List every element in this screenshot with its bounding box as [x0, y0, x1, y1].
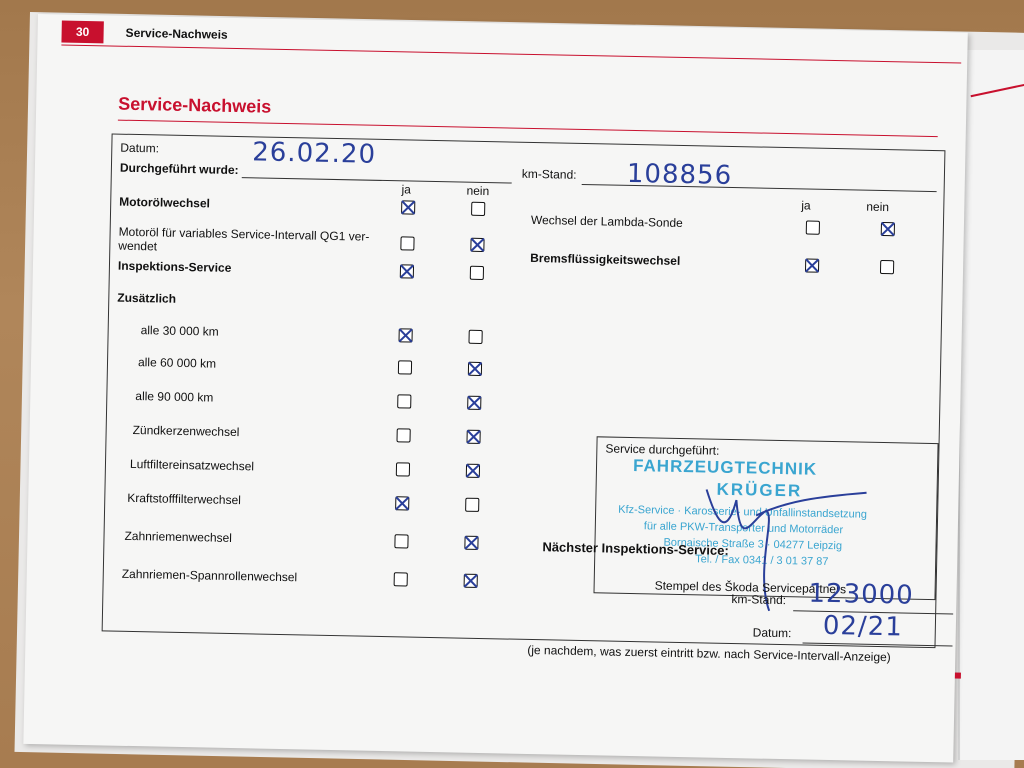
service-label: Service durchgeführt: [605, 441, 719, 457]
checklist-label: alle 30 000 km [141, 323, 219, 339]
datum-label: Datum: [120, 141, 159, 156]
checkbox-ja[interactable] [394, 572, 408, 586]
checklist-label-cont: wendet [118, 239, 157, 254]
checkbox-nein[interactable] [471, 202, 485, 216]
km-label: km-Stand: [522, 167, 577, 182]
checklist-label: Inspektions-Service [118, 259, 232, 275]
checklist-label: Kraftstofffilterwechsel [127, 491, 241, 507]
checklist-label: Bremsflüssigkeitswechsel [530, 251, 680, 268]
checkbox-nein[interactable] [881, 222, 895, 236]
checkbox-nein[interactable] [466, 430, 480, 444]
checkbox-ja[interactable] [397, 394, 411, 408]
checklist-label: alle 60 000 km [138, 355, 216, 371]
checkbox-ja[interactable] [805, 258, 819, 272]
checkbox-ja[interactable] [394, 534, 408, 548]
right-checklist: Wechsel der Lambda-SondeBremsflüssigkeit… [113, 135, 945, 152]
checklist-label: Luftfiltereinsatzwechsel [130, 457, 254, 473]
title-rule [118, 120, 938, 137]
checkbox-nein[interactable] [470, 238, 484, 252]
checklist-label: Wechsel der Lambda-Sonde [531, 213, 683, 230]
datum-value: 26.02.20 [252, 137, 376, 169]
checkbox-nein[interactable] [470, 266, 484, 280]
checkbox-ja[interactable] [395, 496, 409, 510]
checkbox-nein[interactable] [468, 330, 482, 344]
section-header: Service-Nachweis [126, 26, 228, 42]
checkbox-nein[interactable] [467, 396, 481, 410]
stamp-box: Service durchgeführt: FAHRZEUGTECHNIK KR… [593, 436, 938, 600]
checkbox-ja[interactable] [806, 220, 820, 234]
checkbox-nein[interactable] [464, 536, 478, 550]
page-title: Service-Nachweis [118, 94, 271, 118]
checkbox-nein[interactable] [468, 362, 482, 376]
col-nein-right: nein [866, 200, 889, 214]
checkbox-ja[interactable] [396, 428, 410, 442]
checklist-label: alle 90 000 km [135, 389, 213, 405]
checkbox-ja[interactable] [396, 462, 410, 476]
checkbox-ja[interactable] [400, 264, 414, 278]
service-record-page: 30 Service-Nachweis Service-Nachweis Dat… [23, 14, 967, 763]
end-marker [955, 673, 961, 679]
checkbox-nein[interactable] [466, 464, 480, 478]
checklist-label: Zahnriemenwechsel [124, 529, 232, 545]
col-ja-right: ja [801, 198, 811, 212]
col-nein-left: nein [466, 184, 489, 198]
checklist-label: Motorölwechsel [119, 195, 210, 211]
service-form: Datum: 26.02.20 Durchgeführt wurde: km-S… [102, 134, 946, 649]
checkbox-ja[interactable] [401, 200, 415, 214]
page-number: 30 [61, 20, 103, 43]
next-km-label: km-Stand: [731, 592, 786, 607]
next-datum-label: Datum: [753, 625, 792, 640]
checklist-label: Zahnriemen-Spannrollenwechsel [122, 567, 298, 585]
durchgefuehrt-label: Durchgeführt wurde: [120, 161, 239, 177]
checkbox-nein[interactable] [880, 260, 894, 274]
checkbox-ja[interactable] [398, 360, 412, 374]
left-checklist: MotorölwechselMotoröl für variables Serv… [113, 135, 945, 152]
footnote: (je nachdem, was zuerst eintritt bzw. na… [527, 643, 891, 664]
header-rule [61, 44, 961, 63]
next-km-value: 123000 [808, 579, 914, 611]
checkbox-nein[interactable] [464, 574, 478, 588]
checklist-label: Zündkerzenwechsel [133, 423, 240, 439]
next-datum-value: 02/21 [823, 611, 904, 643]
facing-page [958, 50, 1024, 760]
checkbox-ja[interactable] [400, 236, 414, 250]
checklist-label: Zusätzlich [117, 291, 176, 306]
checkbox-nein[interactable] [465, 498, 479, 512]
col-ja-left: ja [401, 182, 411, 196]
next-service-label: Nächster Inspektions-Service: [542, 539, 729, 558]
checkbox-ja[interactable] [398, 328, 412, 342]
